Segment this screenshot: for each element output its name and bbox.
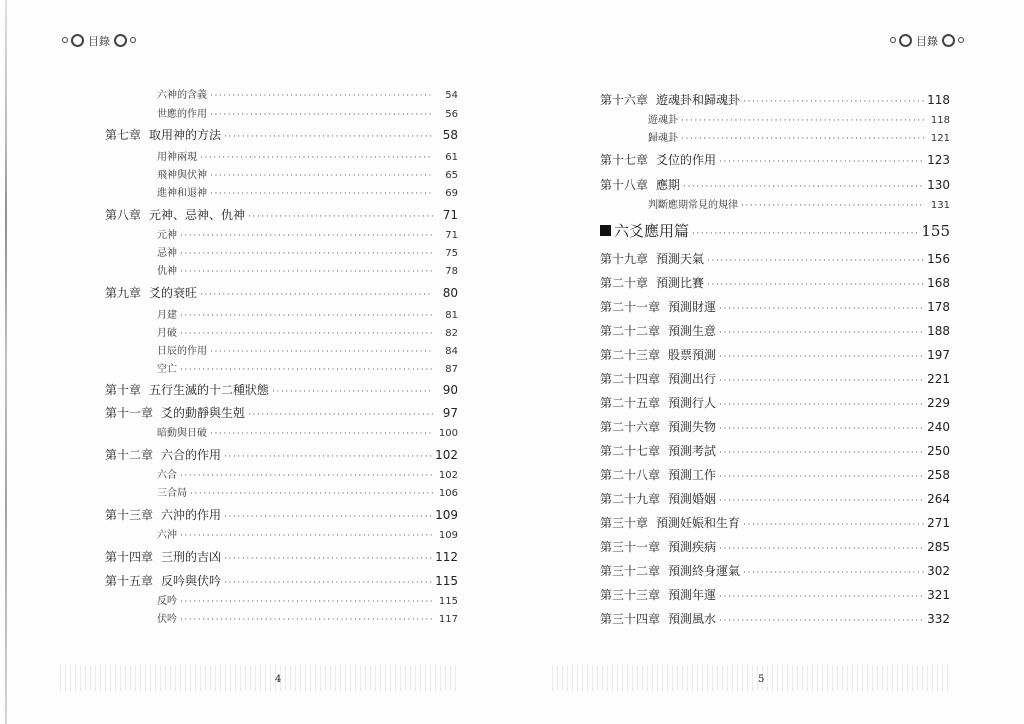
toc-chapter-entry[interactable]: 第三十章預測妊娠和生育271	[600, 514, 950, 531]
dot-leader	[180, 531, 433, 541]
page-ref: 302	[927, 564, 950, 578]
toc-part-heading[interactable]: 六爻應用篇155	[600, 220, 950, 241]
page-ref: 82	[436, 328, 458, 339]
page-ref: 229	[927, 396, 950, 410]
chapter-label: 第十六章	[600, 91, 648, 108]
toc-chapter-entry[interactable]: 第三十一章預測疾病285	[600, 538, 950, 555]
page-ref: 106	[436, 488, 458, 499]
toc-chapter-entry[interactable]: 第三十四章預測風水332	[600, 610, 950, 627]
page-ref: 102	[435, 448, 458, 462]
toc-section-entry[interactable]: 三合局106	[157, 484, 458, 499]
chapter-title: 五行生滅的十二種狀態	[149, 383, 269, 397]
section-title: 元神	[157, 226, 177, 241]
page-ref: 118	[928, 115, 950, 126]
chapter-label: 第三十章	[600, 514, 648, 531]
dot-leader	[719, 352, 924, 362]
chapter-label: 第十四章	[105, 548, 153, 565]
page-ref: 121	[928, 133, 950, 144]
chapter-label: 第七章	[105, 126, 141, 143]
page-ref: 81	[436, 310, 458, 321]
cloud-ornament-icon	[62, 34, 84, 48]
chapter-label: 第二十五章	[600, 394, 660, 411]
page-ref: 100	[436, 428, 458, 439]
dot-leader	[719, 400, 924, 410]
chapter-label: 第二十二章	[600, 322, 660, 339]
dot-leader	[743, 520, 924, 530]
toc-chapter-entry[interactable]: 第三十三章預測年運321	[600, 586, 950, 603]
chapter-title: 六沖的作用	[161, 508, 221, 522]
chapter-label: 第九章	[105, 284, 141, 301]
page-ref: 250	[927, 444, 950, 458]
dot-leader	[180, 231, 433, 241]
page-ref: 221	[927, 372, 950, 386]
dot-leader	[248, 410, 433, 420]
toc-chapter-entry[interactable]: 第二十三章股票預測197	[600, 346, 950, 363]
chapter-title: 預測終身運氣	[668, 564, 740, 578]
dot-leader	[743, 568, 924, 578]
section-title: 伏吟	[157, 610, 177, 625]
black-square-bullet-icon	[600, 225, 611, 236]
dot-leader	[719, 544, 924, 554]
page-ref: 109	[436, 530, 458, 541]
section-title: 空亡	[157, 360, 177, 375]
page-ref: 56	[436, 109, 458, 120]
chapter-label: 第二十四章	[600, 370, 660, 387]
dot-leader	[683, 182, 924, 192]
page-ref: 109	[435, 508, 458, 522]
toc-chapter-entry[interactable]: 第二十二章預測生意188	[600, 322, 950, 339]
dot-leader	[180, 267, 433, 277]
dot-leader	[681, 134, 925, 144]
dot-leader	[224, 554, 432, 564]
chapter-label: 第十九章	[600, 250, 648, 267]
page-ref: 115	[436, 596, 458, 607]
toc-section-entry[interactable]: 月破82	[157, 324, 458, 339]
page-ref: 123	[927, 153, 950, 167]
toc-section-entry[interactable]: 空亡87	[157, 360, 458, 375]
dot-leader	[719, 496, 924, 506]
chapter-title: 反吟與伏吟	[161, 574, 221, 588]
dot-leader	[210, 91, 433, 101]
toc-chapter-entry[interactable]: 第二十七章預測考試250	[600, 442, 950, 459]
page-ref: 332	[927, 612, 950, 626]
toc-chapter-entry[interactable]: 第十章五行生滅的十二種狀態90	[105, 381, 458, 398]
toc-chapter-entry[interactable]: 第二十六章預測失物240	[600, 418, 950, 435]
dot-leader	[180, 471, 433, 481]
page-ref: 71	[436, 230, 458, 241]
dot-leader	[200, 153, 433, 163]
page-ref: 118	[927, 93, 950, 107]
section-title: 六沖	[157, 526, 177, 541]
toc-chapter-entry[interactable]: 第十五章反吟與伏吟115	[105, 572, 458, 589]
dot-leader	[180, 615, 433, 625]
dot-leader	[210, 110, 433, 120]
chapter-title: 預測出行	[668, 372, 716, 386]
chapter-label: 第三十二章	[600, 562, 660, 579]
page-ref: 61	[436, 152, 458, 163]
chapter-label: 第十章	[105, 381, 141, 398]
section-title: 月建	[157, 306, 177, 321]
chapter-title: 預測疾病	[668, 540, 716, 554]
page-ref: 188	[927, 324, 950, 338]
dot-leader	[272, 387, 433, 397]
chapter-title: 爻位的作用	[656, 153, 716, 167]
toc-section-entry[interactable]: 六沖109	[157, 526, 458, 541]
dot-leader	[210, 347, 433, 357]
dot-leader	[180, 365, 433, 375]
chapter-label: 第十七章	[600, 151, 648, 168]
chapter-title: 預測生意	[668, 324, 716, 338]
chapter-title: 應期	[656, 178, 680, 192]
dot-leader	[692, 229, 918, 239]
toc-chapter-entry[interactable]: 第十二章六合的作用102	[105, 446, 458, 463]
dot-leader	[224, 578, 432, 588]
scan-noise	[552, 665, 952, 691]
page-ref: 264	[927, 492, 950, 506]
header-title: 目錄	[916, 33, 938, 49]
toc-chapter-entry[interactable]: 第八章元神、忌神、仇神71	[105, 206, 458, 223]
chapter-title: 六合的作用	[161, 448, 221, 462]
section-title: 暗動與日破	[157, 424, 207, 439]
toc-section-entry[interactable]: 歸魂卦121	[648, 129, 950, 144]
page-ref: 271	[927, 516, 950, 530]
dot-leader	[719, 304, 924, 314]
toc-chapter-entry[interactable]: 第十六章遊魂卦和歸魂卦118	[600, 91, 950, 108]
section-title: 歸魂卦	[648, 129, 678, 144]
toc-section-entry[interactable]: 六神的含義54	[157, 86, 458, 101]
chapter-title: 預測婚姻	[668, 492, 716, 506]
dot-leader	[210, 171, 433, 181]
chapter-title: 預測天氣	[656, 252, 704, 266]
chapter-label: 第十一章	[105, 404, 153, 421]
page-ref: 54	[436, 90, 458, 101]
page-ref: 65	[436, 170, 458, 181]
section-title: 月破	[157, 324, 177, 339]
page-ref: 155	[921, 222, 950, 240]
toc-chapter-entry[interactable]: 第二十八章預測工作258	[600, 466, 950, 483]
dot-leader	[180, 311, 433, 321]
chapter-label: 第二十章	[600, 274, 648, 291]
dot-leader	[707, 280, 924, 290]
toc-section-entry[interactable]: 進神和退神69	[157, 184, 458, 199]
dot-leader	[719, 616, 924, 626]
dot-leader	[180, 249, 433, 259]
toc-section-entry[interactable]: 暗動與日破100	[157, 424, 458, 439]
dot-leader	[248, 212, 433, 222]
toc-section-entry[interactable]: 日辰的作用84	[157, 342, 458, 357]
page-ref: 240	[927, 420, 950, 434]
page-ref: 258	[927, 468, 950, 482]
page-ref: 130	[927, 178, 950, 192]
page-ref: 90	[436, 383, 458, 397]
chapter-label: 第三十四章	[600, 610, 660, 627]
chapter-label: 第十五章	[105, 572, 153, 589]
dot-leader	[719, 472, 924, 482]
dot-leader	[681, 116, 925, 126]
chapter-label: 第二十八章	[600, 466, 660, 483]
page-ref: 87	[436, 364, 458, 375]
toc-chapter-entry[interactable]: 第二十五章預測行人229	[600, 394, 950, 411]
toc-chapter-entry[interactable]: 第九章爻的衰旺80	[105, 284, 458, 301]
chapter-label: 第三十一章	[600, 538, 660, 555]
chapter-title: 元神、忌神、仇神	[149, 208, 245, 222]
page-ref: 112	[435, 550, 458, 564]
chapter-title: 預測年運	[668, 588, 716, 602]
dot-leader	[719, 424, 924, 434]
chapter-title: 三刑的吉凶	[161, 550, 221, 564]
dot-leader	[190, 489, 433, 499]
toc-chapter-entry[interactable]: 第二十四章預測出行221	[600, 370, 950, 387]
dot-leader	[180, 597, 433, 607]
page-ref: 131	[928, 200, 950, 211]
dot-leader	[224, 512, 432, 522]
toc-section-entry[interactable]: 反吟115	[157, 592, 458, 607]
dot-leader	[719, 448, 924, 458]
toc-section-entry[interactable]: 六合102	[157, 466, 458, 481]
cloud-ornament-icon	[942, 34, 964, 48]
dot-leader	[741, 201, 925, 211]
dot-leader	[719, 328, 924, 338]
chapter-title: 預測行人	[668, 396, 716, 410]
toc-chapter-entry[interactable]: 第二十九章預測婚姻264	[600, 490, 950, 507]
section-title: 遊魂卦	[648, 111, 678, 126]
toc-chapter-entry[interactable]: 第七章取用神的方法58	[105, 126, 458, 143]
page-ref: 80	[436, 286, 458, 300]
dot-leader	[743, 97, 924, 107]
dot-leader	[707, 256, 924, 266]
header-title: 目錄	[88, 33, 110, 49]
chapter-label: 第二十三章	[600, 346, 660, 363]
section-title: 判斷應期常見的規律	[648, 196, 738, 211]
chapter-title: 爻的動靜與生剋	[161, 406, 245, 420]
chapter-title: 預測失物	[668, 420, 716, 434]
toc-section-entry[interactable]: 元神71	[157, 226, 458, 241]
chapter-label: 第十三章	[105, 506, 153, 523]
section-title: 世應的作用	[157, 105, 207, 120]
left-page: 目錄 六神的含義54世應的作用56第七章取用神的方法58用神兩現61飛神與伏神6…	[0, 0, 512, 724]
toc-section-entry[interactable]: 世應的作用56	[157, 105, 458, 120]
section-title: 忌神	[157, 244, 177, 259]
page-ref: 69	[436, 188, 458, 199]
page-ref: 178	[927, 300, 950, 314]
chapter-label: 第十八章	[600, 176, 648, 193]
chapter-title: 預測比賽	[656, 276, 704, 290]
part-title: 六爻應用篇	[614, 220, 689, 241]
dot-leader	[200, 290, 433, 300]
dot-leader	[180, 329, 433, 339]
toc-chapter-entry[interactable]: 第十七章爻位的作用123	[600, 151, 950, 168]
toc-section-entry[interactable]: 用神兩現61	[157, 148, 458, 163]
right-page: 目錄 第十六章遊魂卦和歸魂卦118遊魂卦118歸魂卦121第十七章爻位的作用12…	[512, 0, 1024, 724]
toc-chapter-entry[interactable]: 第三十二章預測終身運氣302	[600, 562, 950, 579]
chapter-title: 股票預測	[668, 348, 716, 362]
page-ref: 197	[927, 348, 950, 362]
cloud-ornament-icon	[114, 34, 136, 48]
chapter-label: 第二十六章	[600, 418, 660, 435]
dot-leader	[719, 157, 924, 167]
chapter-label: 第二十九章	[600, 490, 660, 507]
section-title: 反吟	[157, 592, 177, 607]
chapter-title: 預測考試	[668, 444, 716, 458]
chapter-title: 取用神的方法	[149, 128, 221, 142]
book-spine-shadow	[5, 0, 7, 724]
page-ref: 115	[435, 574, 458, 588]
page-header: 目錄	[890, 33, 964, 49]
section-title: 六神的含義	[157, 86, 207, 101]
section-title: 用神兩現	[157, 148, 197, 163]
toc-section-entry[interactable]: 仇神78	[157, 262, 458, 277]
page-ref: 58	[436, 128, 458, 142]
dot-leader	[210, 429, 433, 439]
toc-chapter-entry[interactable]: 第十三章六沖的作用109	[105, 506, 458, 523]
section-title: 三合局	[157, 484, 187, 499]
toc-chapter-entry[interactable]: 第十一章爻的動靜與生剋97	[105, 404, 458, 421]
page-ref: 97	[436, 406, 458, 420]
page-ref: 84	[436, 346, 458, 357]
chapter-title: 預測工作	[668, 468, 716, 482]
chapter-label: 第二十一章	[600, 298, 660, 315]
chapter-label: 第二十七章	[600, 442, 660, 459]
chapter-title: 預測財運	[668, 300, 716, 314]
chapter-title: 預測妊娠和生育	[656, 516, 740, 530]
dot-leader	[719, 592, 924, 602]
section-title: 仇神	[157, 262, 177, 277]
toc-chapter-entry[interactable]: 第十八章應期130	[600, 176, 950, 193]
page-ref: 168	[927, 276, 950, 290]
toc-section-entry[interactable]: 月建81	[157, 306, 458, 321]
dot-leader	[224, 132, 433, 142]
page-header: 目錄	[62, 33, 136, 49]
page-ref: 78	[436, 266, 458, 277]
chapter-label: 第十二章	[105, 446, 153, 463]
page-ref: 117	[436, 614, 458, 625]
toc-section-entry[interactable]: 飛神與伏神65	[157, 166, 458, 181]
chapter-title: 爻的衰旺	[149, 286, 197, 300]
chapter-label: 第三十三章	[600, 586, 660, 603]
dot-leader	[224, 452, 432, 462]
page-ref: 321	[927, 588, 950, 602]
chapter-title: 遊魂卦和歸魂卦	[656, 93, 740, 107]
toc-chapter-entry[interactable]: 第十四章三刑的吉凶112	[105, 548, 458, 565]
page-ref: 75	[436, 248, 458, 259]
section-title: 六合	[157, 466, 177, 481]
chapter-title: 預測風水	[668, 612, 716, 626]
page-ref: 102	[436, 470, 458, 481]
dot-leader	[719, 376, 924, 386]
cloud-ornament-icon	[890, 34, 912, 48]
toc-section-entry[interactable]: 遊魂卦118	[648, 111, 950, 126]
page-ref: 156	[927, 252, 950, 266]
toc-chapter-entry[interactable]: 第二十章預測比賽168	[600, 274, 950, 291]
scan-noise	[60, 665, 460, 691]
section-title: 飛神與伏神	[157, 166, 207, 181]
toc-section-entry[interactable]: 忌神75	[157, 244, 458, 259]
chapter-label: 第八章	[105, 206, 141, 223]
toc-chapter-entry[interactable]: 第二十一章預測財運178	[600, 298, 950, 315]
toc-chapter-entry[interactable]: 第十九章預測天氣156	[600, 250, 950, 267]
dot-leader	[210, 189, 433, 199]
section-title: 進神和退神	[157, 184, 207, 199]
page-ref: 71	[436, 208, 458, 222]
page-number: 4	[275, 674, 281, 685]
toc-section-entry[interactable]: 判斷應期常見的規律131	[648, 196, 950, 211]
section-title: 日辰的作用	[157, 342, 207, 357]
page-ref: 285	[927, 540, 950, 554]
page-number: 5	[758, 674, 764, 685]
toc-section-entry[interactable]: 伏吟117	[157, 610, 458, 625]
